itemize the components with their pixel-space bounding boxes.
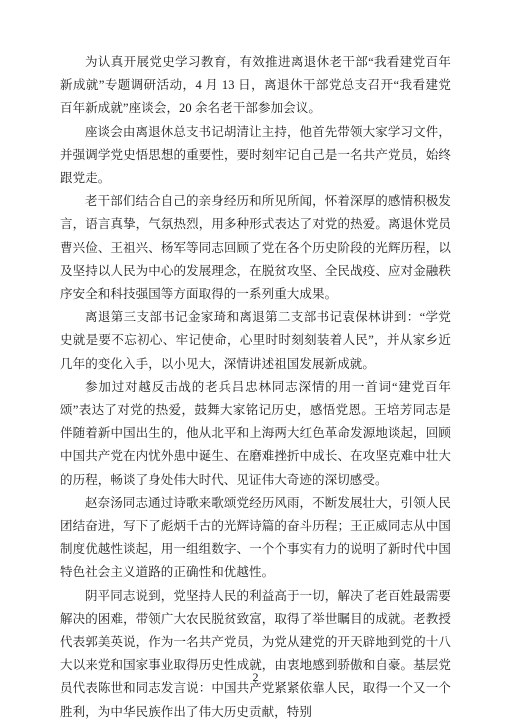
document-body: 为认真开展党史学习教育，有效推进离退休老干部“我看建党百年新成就”专题调研活动，… (60, 51, 451, 724)
paragraph-6: 赵奈汤同志通过诗歌来歌颂党经历风雨，不断发展壮大，引领人民团结奋进，写下了彪炳千… (60, 492, 451, 585)
paragraph-2: 座谈会由离退休总支书记胡清让主持，他首先带领大家学习文件，并强调学党史悟思想的重… (60, 121, 451, 191)
paragraph-3: 老干部们结合自己的亲身经历和所见所闻，怀着深厚的感情积极发言，语言真挚，气氛热烈… (60, 190, 451, 306)
page-number: 2 (0, 670, 511, 685)
paragraph-4: 离退第三支部书记金家琦和离退第二支部书记袁保林讲到：“学党史就是要不忘初心、牢记… (60, 306, 451, 376)
paragraph-7: 阴平同志说到，党坚持人民的利益高于一切，解决了老百姓最需要解决的困难，带领广大农… (60, 585, 451, 724)
document-page: 为认真开展党史学习教育，有效推进离退休老干部“我看建党百年新成就”专题调研活动，… (0, 0, 511, 725)
paragraph-5: 参加过对越反击战的老兵吕忠林同志深情的用一首词“建党百年颂”表达了对党的热爱，鼓… (60, 376, 451, 492)
paragraph-1: 为认真开展党史学习教育，有效推进离退休老干部“我看建党百年新成就”专题调研活动，… (60, 51, 451, 121)
